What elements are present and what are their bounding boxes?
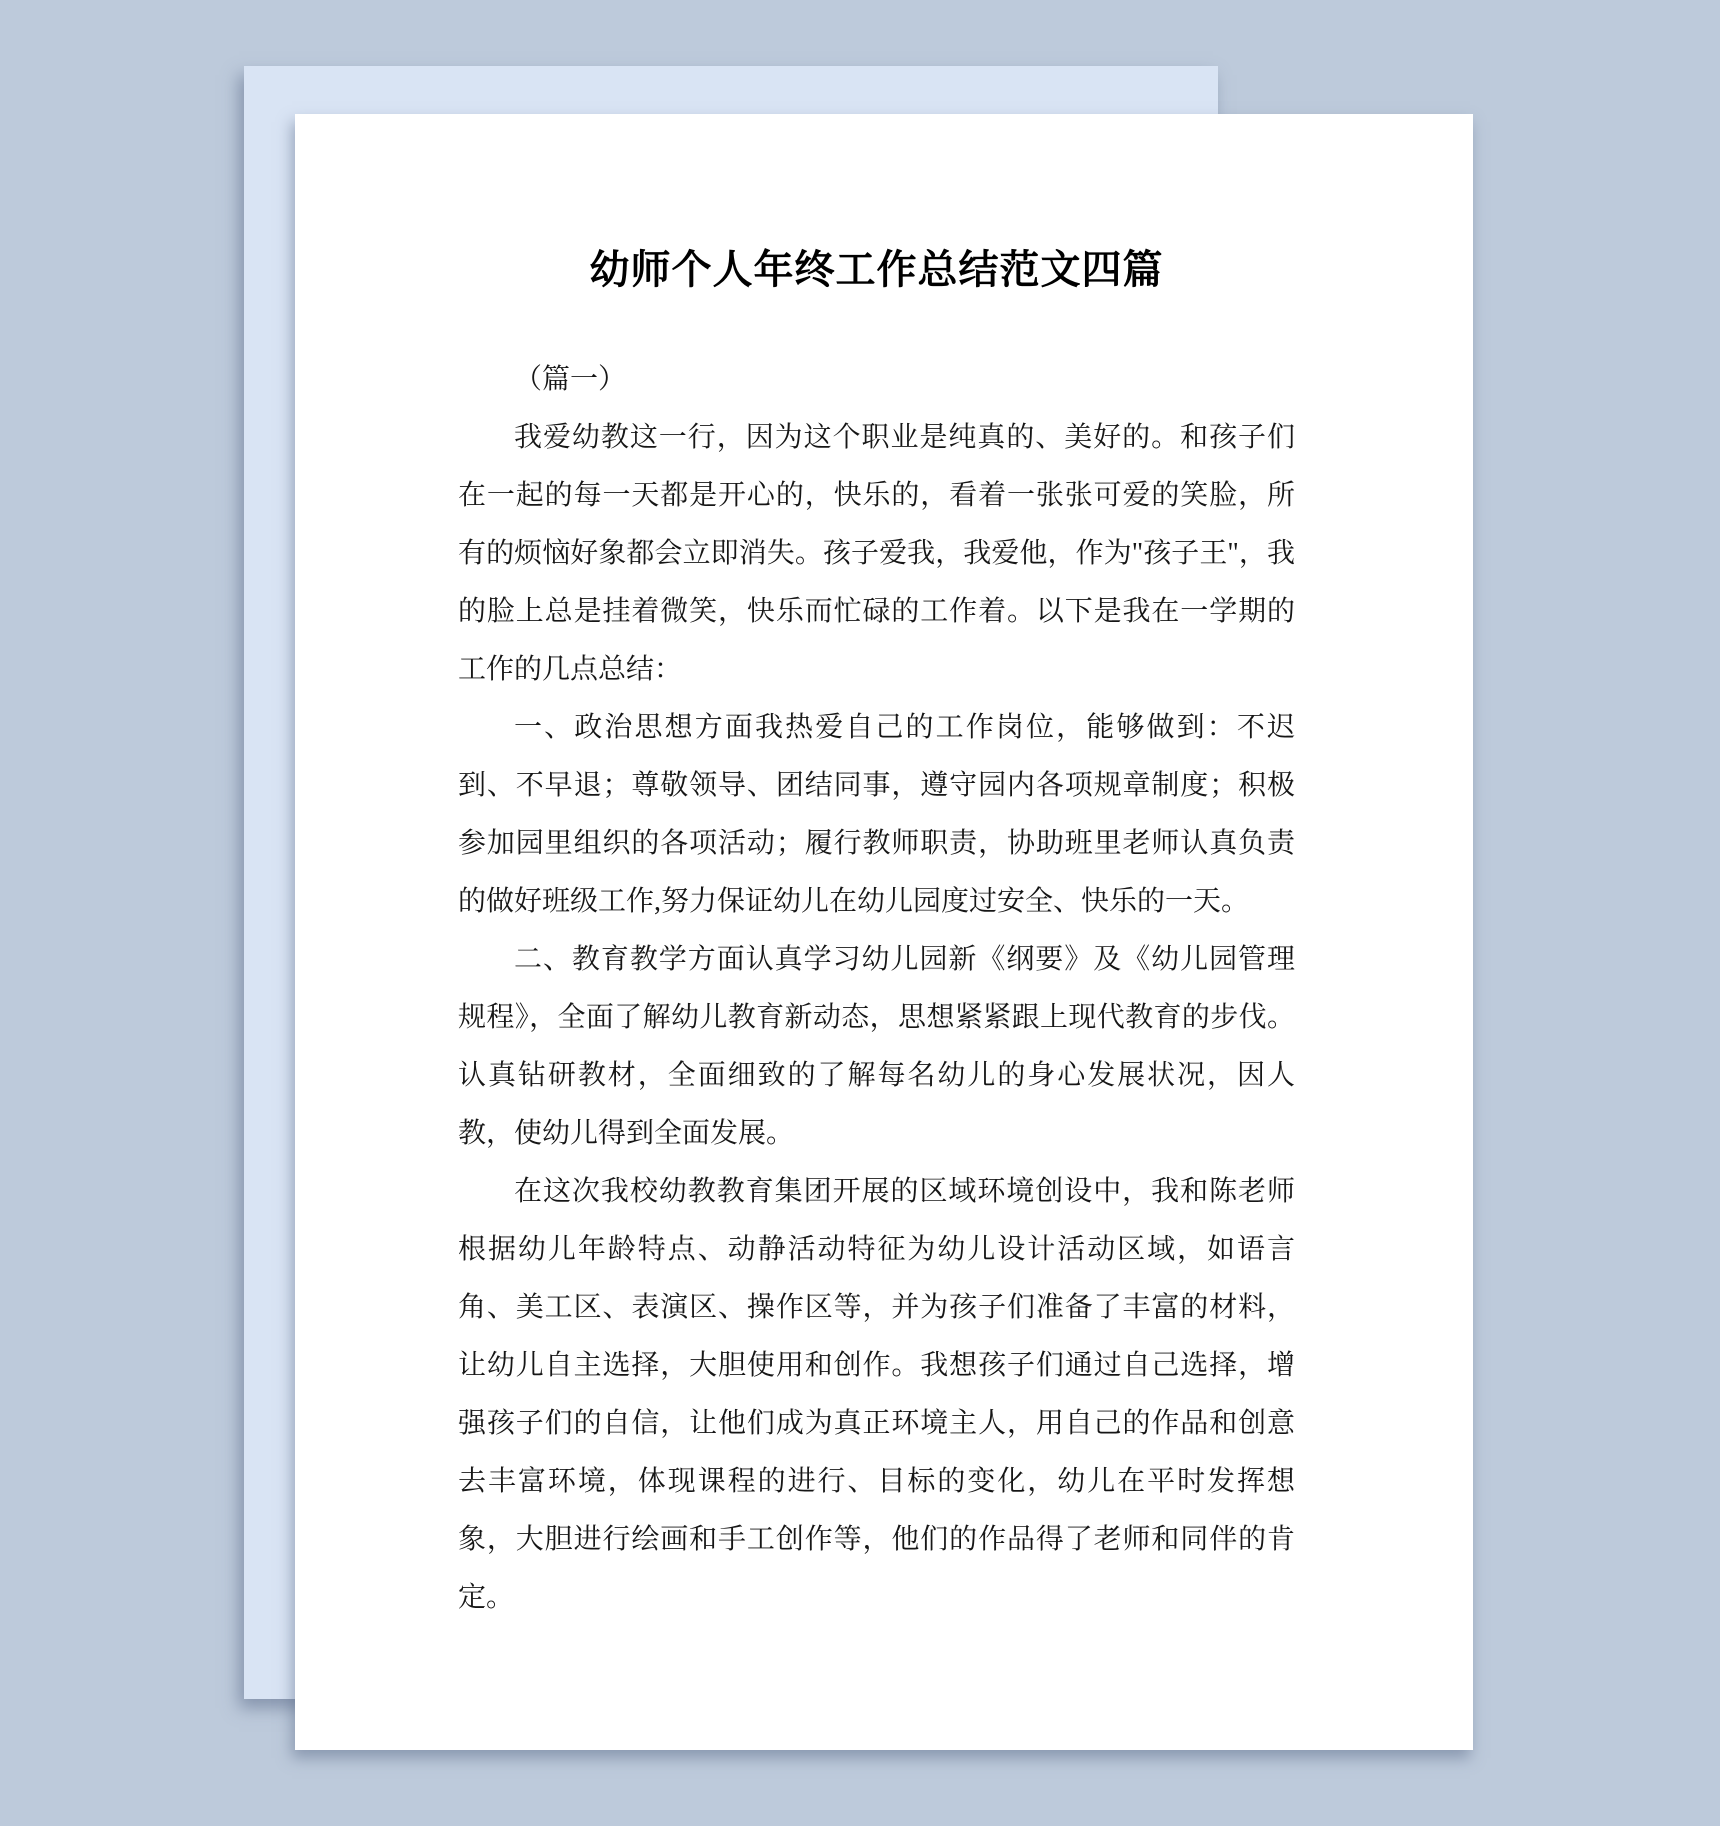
paragraph-2: 一、政治思想方面我热爱自己的工作岗位，能够做到：不迟到、不早退；尊敬领导、团结同… [458, 699, 1295, 931]
document-page: 幼师个人年终工作总结范文四篇 （篇一） 我爱幼教这一行，因为这个职业是纯真的、美… [295, 114, 1473, 1750]
document-title: 幼师个人年终工作总结范文四篇 [458, 244, 1295, 296]
paragraph-1: 我爱幼教这一行，因为这个职业是纯真的、美好的。和孩子们在一起的每一天都是开心的，… [458, 409, 1295, 699]
paragraph-4: 在这次我校幼教教育集团开展的区域环境创设中，我和陈老师根据幼儿年龄特点、动静活动… [458, 1163, 1295, 1627]
section-label: （篇一） [458, 351, 1295, 409]
document-body: （篇一） 我爱幼教这一行，因为这个职业是纯真的、美好的。和孩子们在一起的每一天都… [458, 351, 1295, 1627]
paragraph-3: 二、教育教学方面认真学习幼儿园新《纲要》及《幼儿园管理规程》，全面了解幼儿教育新… [458, 931, 1295, 1163]
